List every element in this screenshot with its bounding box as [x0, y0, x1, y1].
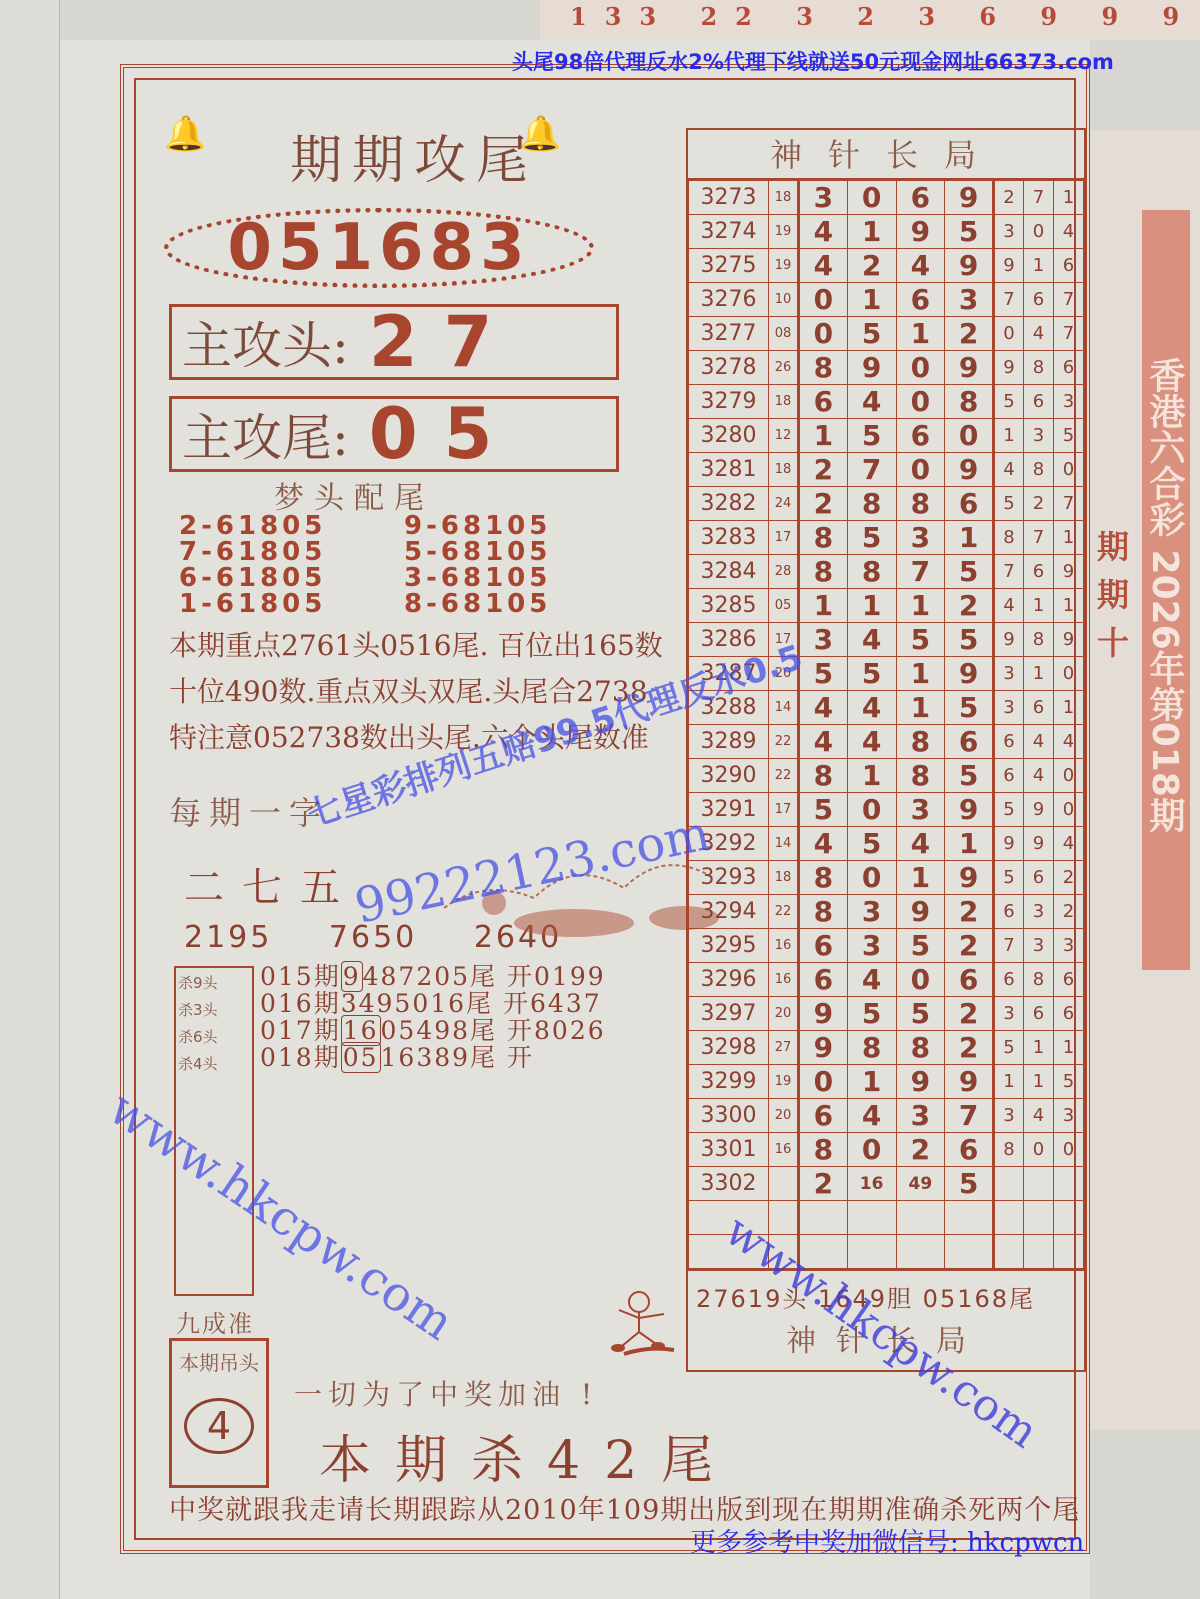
table-row: 3302216495	[689, 1167, 1084, 1201]
digit-cell: 0	[847, 181, 896, 215]
sum-cell: 10	[769, 283, 799, 317]
main-number: 051683	[227, 211, 530, 285]
dream-pair-right: 8-68105	[404, 591, 629, 617]
sum-cell: 22	[769, 895, 799, 929]
note-line: 本期重点2761头0516尾. 百位出165数	[169, 623, 639, 669]
digit-cell	[896, 1201, 945, 1235]
dream-pair-left: 7-61805	[179, 539, 404, 565]
digit-cell: 3	[896, 1099, 945, 1133]
digit-cell: 9	[847, 351, 896, 385]
digit-cell: 3	[896, 521, 945, 555]
dream-pair-left: 1-61805	[179, 591, 404, 617]
table-row: 3275194249916	[689, 249, 1084, 283]
digit-cell: 3	[847, 895, 896, 929]
digit-cell: 0	[847, 861, 896, 895]
digit-cell: 2	[945, 1031, 994, 1065]
extra-digit-cell: 0	[994, 317, 1024, 351]
digit-cell: 9	[896, 895, 945, 929]
background-side-text: 期期十	[1090, 530, 1134, 674]
table-row: 3289224486644	[689, 725, 1084, 759]
digit-cell: 1	[945, 827, 994, 861]
extra-digit-cell: 3	[1054, 385, 1084, 419]
kill-head-label: 杀9头	[178, 970, 218, 997]
dream-pairs: 2-61805 9-68105 7-61805 5-68105 6-61805 …	[179, 513, 629, 617]
digit-cell: 9	[945, 351, 994, 385]
issue-cell: 3296	[689, 963, 769, 997]
extra-digit-cell: 0	[1024, 1133, 1054, 1167]
extra-digit-cell: 0	[1054, 657, 1084, 691]
issue-cell: 3279	[689, 385, 769, 419]
dream-pair-left: 2-61805	[179, 513, 404, 539]
issue-cell: 3293	[689, 861, 769, 895]
digit-cell	[945, 1201, 994, 1235]
digit-cell: 4	[847, 963, 896, 997]
sum-cell	[769, 1167, 799, 1201]
digit-cell: 9	[945, 453, 994, 487]
extra-digit-cell: 1	[1024, 1031, 1054, 1065]
kill-open-result: 开8026	[507, 1016, 606, 1045]
extra-digit-cell: 0	[1054, 1133, 1084, 1167]
attack-tail-box: 主攻尾: 05	[169, 396, 619, 472]
extra-digit-cell: 9	[1054, 555, 1084, 589]
sheet-frame: 🔔 🔔 期期攻尾 051683 主攻头: 27 主攻尾: 05 梦头配尾 2-6…	[120, 64, 1090, 1554]
digit-cell: 2	[945, 929, 994, 963]
digit-cell: 4	[799, 725, 848, 759]
sum-cell: 16	[769, 929, 799, 963]
digit-cell: 0	[847, 1133, 896, 1167]
extra-digit-cell: 6	[994, 963, 1024, 997]
digit-cell: 0	[847, 793, 896, 827]
issue-cell: 3300	[689, 1099, 769, 1133]
sum-cell: 08	[769, 317, 799, 351]
sum-cell: 12	[769, 419, 799, 453]
digit-cell: 2	[847, 249, 896, 283]
digit-cell: 49	[896, 1167, 945, 1201]
background-sheet-right: 香港六合彩 2026年第018期 期期十	[1090, 130, 1200, 1430]
kill-boxed-number: 05	[341, 1042, 381, 1073]
extra-digit-cell: 7	[1054, 487, 1084, 521]
digit-cell: 8	[799, 895, 848, 929]
digit-cell: 6	[896, 283, 945, 317]
digit-cell: 0	[896, 385, 945, 419]
digit-cell: 3	[945, 283, 994, 317]
extra-digit-cell	[1024, 1201, 1054, 1235]
extra-digit-cell: 3	[994, 1099, 1024, 1133]
digit-cell: 4	[896, 249, 945, 283]
digit-cell: 7	[945, 1099, 994, 1133]
attack-head-value: 27	[369, 301, 518, 383]
digit-cell: 8	[945, 385, 994, 419]
extra-digit-cell: 7	[994, 555, 1024, 589]
sum-cell: 19	[769, 249, 799, 283]
extra-digit-cell: 9	[1024, 793, 1054, 827]
extra-digit-cell: 3	[994, 215, 1024, 249]
digit-cell	[847, 1235, 896, 1269]
extra-digit-cell: 3	[1054, 929, 1084, 963]
accuracy-label: 九成准	[176, 1304, 254, 1339]
extra-digit-cell	[1024, 1235, 1054, 1269]
table-row: 3295166352733	[689, 929, 1084, 963]
kill-issue: 015期	[260, 962, 341, 991]
results-table: 3273183069271327419419530432751942499163…	[688, 180, 1084, 1269]
digit-cell: 4	[847, 623, 896, 657]
extra-digit-cell: 3	[1024, 929, 1054, 963]
kill-tail-numbers: 487205尾	[363, 962, 497, 991]
kill-issue: 016期	[260, 989, 341, 1018]
digit-cell: 4	[847, 691, 896, 725]
digit-cell: 1	[799, 419, 848, 453]
extra-digit-cell: 7	[1054, 317, 1084, 351]
extra-digit-cell: 1	[1054, 181, 1084, 215]
digit-cell: 3	[799, 623, 848, 657]
background-sheet-left	[0, 0, 60, 1599]
digit-cell: 1	[896, 657, 945, 691]
table-row: 3282242886527	[689, 487, 1084, 521]
digit-cell: 6	[799, 929, 848, 963]
kill-open-result: 开	[507, 1043, 534, 1072]
digit-cell: 9	[896, 215, 945, 249]
extra-digit-cell: 6	[994, 725, 1024, 759]
digit-cell: 1	[896, 861, 945, 895]
dream-pair-right: 9-68105	[404, 513, 629, 539]
table-row: 3278268909986	[689, 351, 1084, 385]
digit-cell: 6	[799, 963, 848, 997]
extra-digit-cell: 4	[1054, 215, 1084, 249]
table-row: 3277080512047	[689, 317, 1084, 351]
extra-digit-cell: 2	[1054, 895, 1084, 929]
digit-cell: 4	[847, 385, 896, 419]
digit-cell: 2	[799, 1167, 848, 1201]
digit-cell: 0	[896, 963, 945, 997]
digit-cell: 1	[896, 589, 945, 623]
issue-cell: 3297	[689, 997, 769, 1031]
hang-head-box: 本期吊头 4	[169, 1338, 269, 1488]
extra-digit-cell: 8	[1024, 963, 1054, 997]
sum-cell: 16	[769, 963, 799, 997]
extra-digit-cell: 4	[1024, 725, 1054, 759]
digit-cell: 9	[896, 1065, 945, 1099]
extra-digit-cell: 5	[1054, 1065, 1084, 1099]
table-row: 3281182709480	[689, 453, 1084, 487]
digit-cell: 4	[896, 827, 945, 861]
digit-cell: 0	[896, 453, 945, 487]
digit-cell: 7	[896, 555, 945, 589]
digit-cell: 4	[847, 1099, 896, 1133]
table-row: 3299190199115	[689, 1065, 1084, 1099]
extra-digit-cell: 6	[1024, 283, 1054, 317]
digit-cell: 2	[896, 1133, 945, 1167]
digit-cell: 1	[847, 589, 896, 623]
table-row: 3297209552366	[689, 997, 1084, 1031]
kill-head-labels: 杀9头 杀3头 杀6头 杀4头	[178, 970, 218, 1078]
kill-head-row: 015期9487205尾 开0199	[260, 963, 606, 990]
digit-cell: 8	[799, 861, 848, 895]
digit-cell: 4	[847, 725, 896, 759]
digit-cell: 5	[945, 623, 994, 657]
digit-cell: 2	[945, 997, 994, 1031]
digit-cell: 8	[896, 1031, 945, 1065]
kill-boxed-number: 9	[341, 961, 363, 992]
issue-cell: 3302	[689, 1167, 769, 1201]
extra-digit-cell: 4	[1024, 1099, 1054, 1133]
issue-cell: 3280	[689, 419, 769, 453]
sum-cell: 18	[769, 861, 799, 895]
extra-digit-cell: 9	[994, 249, 1024, 283]
issue-cell: 3294	[689, 895, 769, 929]
sum-cell: 18	[769, 385, 799, 419]
digit-cell: 2	[799, 487, 848, 521]
digit-cell: 0	[896, 351, 945, 385]
dream-pair-right: 5-68105	[404, 539, 629, 565]
digit-cell: 6	[945, 963, 994, 997]
extra-digit-cell: 1	[1024, 589, 1054, 623]
extra-digit-cell: 7	[994, 929, 1024, 963]
digit-cell: 3	[896, 793, 945, 827]
hang-head-label: 本期吊头	[172, 1347, 266, 1376]
kill-head-row: 016期3495016尾 开6437	[260, 990, 606, 1017]
digit-cell: 1	[847, 759, 896, 793]
digit-cell: 1	[847, 215, 896, 249]
digit-cell: 8	[847, 555, 896, 589]
digit-cell: 6	[896, 181, 945, 215]
issue-cell: 3298	[689, 1031, 769, 1065]
hang-head-value: 4	[184, 1398, 254, 1454]
extra-digit-cell: 1	[1054, 521, 1084, 555]
dream-pair-left: 6-61805	[179, 565, 404, 591]
digit-cell: 8	[799, 1133, 848, 1167]
issue-cell: 3301	[689, 1133, 769, 1167]
sum-cell: 05	[769, 589, 799, 623]
issue-cell: 3285	[689, 589, 769, 623]
kill-head-row: 017期1605498尾 开8026	[260, 1017, 606, 1044]
extra-digit-cell: 0	[1024, 215, 1054, 249]
digit-cell: 8	[847, 487, 896, 521]
watermark-bottom: 更多参考中奖加微信号: hkcpwcn	[690, 1522, 1084, 1559]
main-number-oval: 051683	[164, 208, 594, 288]
table-row: 3280121560135	[689, 419, 1084, 453]
table-row: 3291175039590	[689, 793, 1084, 827]
sum-cell: 24	[769, 487, 799, 521]
sum-cell: 20	[769, 1099, 799, 1133]
sum-cell: 27	[769, 1031, 799, 1065]
extra-digit-cell: 5	[994, 861, 1024, 895]
extra-digit-cell: 0	[1054, 759, 1084, 793]
digit-cell: 7	[847, 453, 896, 487]
digit-cell: 2	[799, 453, 848, 487]
extra-digit-cell: 8	[994, 1133, 1024, 1167]
sum-cell: 17	[769, 521, 799, 555]
attack-tail-value: 05	[369, 393, 518, 475]
extra-digit-cell: 9	[994, 623, 1024, 657]
sum-cell: 20	[769, 997, 799, 1031]
kill-tail-numbers: 05498尾	[381, 1016, 498, 1045]
extra-digit-cell: 2	[1024, 487, 1054, 521]
digit-cell: 8	[799, 555, 848, 589]
kill-head-row: 018期0516389尾 开	[260, 1044, 606, 1071]
table-row: 3284288875769	[689, 555, 1084, 589]
digit-cell: 0	[799, 317, 848, 351]
digit-cell: 1	[896, 317, 945, 351]
extra-digit-cell: 6	[1024, 861, 1054, 895]
digit-cell: 1	[847, 1065, 896, 1099]
extra-digit-cell: 1	[994, 1065, 1024, 1099]
extra-digit-cell: 5	[1054, 419, 1084, 453]
extra-digit-cell: 6	[1054, 249, 1084, 283]
sum-cell: 14	[769, 827, 799, 861]
extra-digit-cell	[1054, 1235, 1084, 1269]
table-row: 3290228185640	[689, 759, 1084, 793]
extra-digit-cell: 3	[994, 997, 1024, 1031]
digit-cell: 1	[847, 283, 896, 317]
digit-cell	[896, 1235, 945, 1269]
digit-cell: 9	[945, 657, 994, 691]
extra-digit-cell: 5	[994, 487, 1024, 521]
extra-digit-cell	[1054, 1167, 1084, 1201]
extra-digit-cell: 1	[1024, 249, 1054, 283]
kill-head-label: 杀6头	[178, 1024, 218, 1051]
issue-cell: 3299	[689, 1065, 769, 1099]
extra-digit-cell: 2	[1054, 861, 1084, 895]
digit-cell: 5	[847, 827, 896, 861]
extra-digit-cell: 6	[1024, 997, 1054, 1031]
dream-pair-right: 3-68105	[404, 565, 629, 591]
digit-cell: 9	[945, 861, 994, 895]
digit-cell: 5	[847, 521, 896, 555]
background-issue-band: 香港六合彩 2026年第018期	[1142, 210, 1190, 970]
sheet-title: 期期攻尾	[204, 118, 624, 193]
digit-cell: 5	[945, 1167, 994, 1201]
extra-digit-cell: 4	[994, 589, 1024, 623]
digit-cell: 8	[896, 759, 945, 793]
digit-cell: 2	[945, 317, 994, 351]
extra-digit-cell	[994, 1201, 1024, 1235]
extra-digit-cell: 4	[994, 453, 1024, 487]
extra-digit-cell: 1	[1054, 1031, 1084, 1065]
extra-digit-cell: 3	[994, 691, 1024, 725]
digit-cell: 5	[945, 555, 994, 589]
table-row: 3285051112411	[689, 589, 1084, 623]
digit-cell: 5	[945, 759, 994, 793]
issue-cell: 3289	[689, 725, 769, 759]
digit-cell: 8	[896, 725, 945, 759]
extra-digit-cell: 6	[1054, 963, 1084, 997]
digit-cell: 9	[799, 1031, 848, 1065]
issue-cell: 3290	[689, 759, 769, 793]
extra-digit-cell: 9	[1054, 623, 1084, 657]
digit-cell: 2	[945, 589, 994, 623]
extra-digit-cell: 6	[1054, 997, 1084, 1031]
extra-digit-cell: 6	[1054, 351, 1084, 385]
table-row: 3292144541994	[689, 827, 1084, 861]
watermark-top: 头尾98倍代理反水2%代理下线就送50元现金网址66373.com	[512, 46, 1114, 76]
digit-cell: 0	[799, 283, 848, 317]
kill-open-result: 开0199	[507, 962, 606, 991]
extra-digit-cell: 1	[1024, 657, 1054, 691]
table-row: 3294228392632	[689, 895, 1084, 929]
sum-cell: 26	[769, 351, 799, 385]
extra-digit-cell: 7	[994, 283, 1024, 317]
attack-head-box: 主攻头: 27	[169, 304, 619, 380]
bell-icon: 🔔	[164, 114, 206, 154]
extra-digit-cell: 1	[1054, 691, 1084, 725]
cheer-text: 一切为了中奖加油 !	[294, 1373, 598, 1413]
table-row: 3300206437343	[689, 1099, 1084, 1133]
issue-cell: 3281	[689, 453, 769, 487]
kill-head-label: 杀4头	[178, 1051, 218, 1078]
extra-digit-cell: 3	[1054, 1099, 1084, 1133]
sum-cell: 22	[769, 725, 799, 759]
digit-cell: 5	[896, 929, 945, 963]
extra-digit-cell: 1	[1024, 1065, 1054, 1099]
table-row: 3276100163767	[689, 283, 1084, 317]
extra-digit-cell: 0	[1054, 793, 1084, 827]
kill-head-rows: 015期9487205尾 开0199 016期3495016尾 开6437 01…	[260, 963, 606, 1071]
digit-cell: 4	[799, 249, 848, 283]
extra-digit-cell: 4	[1024, 759, 1054, 793]
kill-tail-banner: 本期杀42尾	[319, 1418, 737, 1493]
digit-cell: 5	[896, 623, 945, 657]
digit-cell: 6	[896, 419, 945, 453]
digit-cell: 3	[847, 929, 896, 963]
sum-cell: 22	[769, 759, 799, 793]
digit-cell: 1	[799, 589, 848, 623]
table-row: 3301168026800	[689, 1133, 1084, 1167]
issue-cell: 3277	[689, 317, 769, 351]
kill-tail-numbers: 3495016尾	[341, 989, 493, 1018]
daily-number: 2195	[184, 920, 272, 955]
digit-cell: 1	[896, 691, 945, 725]
kill-open-result: 开6437	[503, 989, 602, 1018]
daily-chars: 二七五	[184, 856, 358, 913]
digit-cell: 8	[799, 521, 848, 555]
digit-cell: 16	[847, 1167, 896, 1201]
sum-cell: 19	[769, 215, 799, 249]
digit-cell	[945, 1235, 994, 1269]
extra-digit-cell	[994, 1167, 1024, 1201]
table-row: 3298279882511	[689, 1031, 1084, 1065]
issue-cell: 3282	[689, 487, 769, 521]
digit-cell: 5	[847, 657, 896, 691]
extra-digit-cell: 4	[1024, 317, 1054, 351]
digit-cell: 0	[799, 1065, 848, 1099]
digit-cell: 6	[799, 385, 848, 419]
extra-digit-cell: 7	[1024, 521, 1054, 555]
sum-cell: 18	[769, 181, 799, 215]
digit-cell: 6	[945, 487, 994, 521]
extra-digit-cell: 5	[994, 1031, 1024, 1065]
digit-cell: 4	[799, 691, 848, 725]
table-row: 3274194195304	[689, 215, 1084, 249]
digit-cell: 5	[847, 419, 896, 453]
running-kid-icon	[594, 1288, 684, 1358]
issue-cell: 3274	[689, 215, 769, 249]
issue-cell: 3284	[689, 555, 769, 589]
sum-cell: 14	[769, 691, 799, 725]
issue-cell: 3295	[689, 929, 769, 963]
digit-cell: 8	[799, 351, 848, 385]
sum-cell: 19	[769, 1065, 799, 1099]
extra-digit-cell: 8	[1024, 453, 1054, 487]
digit-cell: 5	[847, 317, 896, 351]
digit-cell: 6	[945, 725, 994, 759]
table-row: 3296166406686	[689, 963, 1084, 997]
extra-digit-cell: 4	[1054, 725, 1084, 759]
extra-digit-cell: 6	[1024, 555, 1054, 589]
extra-digit-cell	[1054, 1201, 1084, 1235]
issue-cell: 3283	[689, 521, 769, 555]
extra-digit-cell: 9	[994, 351, 1024, 385]
digit-cell: 5	[799, 793, 848, 827]
